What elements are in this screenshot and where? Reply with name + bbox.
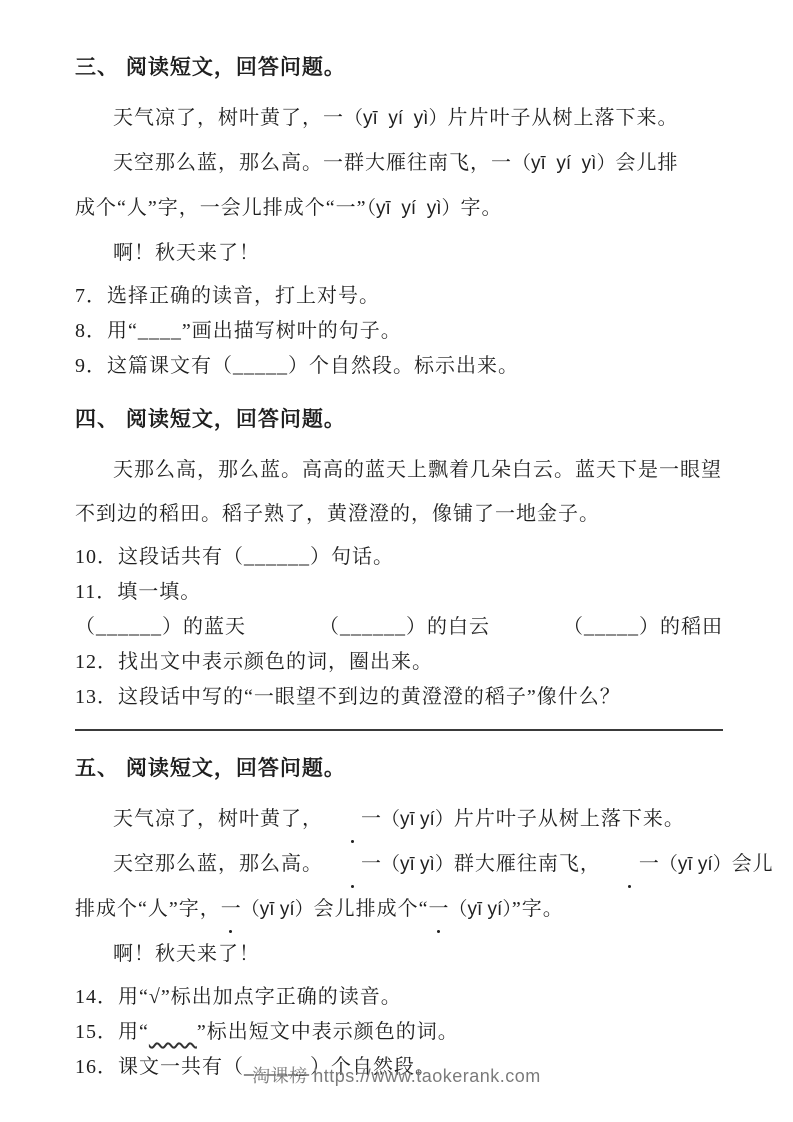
text-run: 14．用“√”标出加点字正确的读音。	[75, 986, 402, 1008]
section-five: 五、 阅读短文，回答问题。 天气凉了，树叶黄了，一（yī yí）片片叶子从树上落…	[75, 755, 745, 1085]
text-run: 8．用“____”画出描写树叶的句子。	[75, 320, 402, 342]
text-run: 成个“人”字，一会儿排成个“一”	[75, 197, 367, 219]
section-four-heading: 四、 阅读短文，回答问题。	[75, 406, 745, 434]
text-run: 片片叶子从树上落下来。	[454, 808, 685, 830]
question-line: 15．用“ ”标出短文中表示颜色的词。	[75, 1015, 745, 1050]
passage-line: 排成个“人”字，一（yī yí）会儿排成个“一（yī yí）”字。	[75, 887, 745, 932]
text-run: 啊！秋天来了！	[113, 242, 260, 264]
pinyin-run: （yī yí）	[659, 854, 732, 875]
text-run: 天气凉了，树叶黄了，一	[113, 107, 344, 129]
section-five-heading: 五、 阅读短文，回答问题。	[75, 755, 745, 783]
passage-line: 不到边的稻田。稻子熟了，黄澄澄的，像铺了一地金子。	[75, 492, 745, 536]
text-run: 不到边的稻田。稻子熟了，黄澄澄的，像铺了一地金子。	[75, 503, 600, 525]
text-run: 9．这篇课文有（_____）个自然段。标示出来。	[75, 355, 519, 377]
passage-line: 天那么高，那么蓝。高高的蓝天上飘着几朵白云。蓝天下是一眼望	[75, 448, 745, 492]
section-five-passage: 天气凉了，树叶黄了，一（yī yí）片片叶子从树上落下来。 天空那么蓝，那么高。…	[75, 797, 745, 976]
section-four: 四、 阅读短文，回答问题。 天那么高，那么蓝。高高的蓝天上飘着几朵白云。蓝天下是…	[75, 406, 745, 731]
text-run: 天空那么蓝，那么高。	[113, 853, 323, 875]
pinyin-run: （yī yì）	[381, 854, 454, 875]
passage-line: 成个“人”字，一会儿排成个“一”（yī yí yì）字。	[75, 186, 745, 231]
text-run: 天气凉了，树叶黄了，	[113, 808, 323, 830]
question-line: 13．这段话中写的“一眼望不到边的黄澄澄的稻子”像什么？	[75, 680, 745, 715]
text-run: 10．这段话共有（______）句话。	[75, 546, 394, 568]
dotted-run: 一	[221, 887, 241, 931]
text-run: ”字。	[512, 898, 564, 920]
pinyin-run: （yī yí）	[449, 899, 512, 920]
question-line: 11．填一填。	[75, 575, 745, 610]
footer-watermark: 淘课榜 https://www.taokerank.com	[0, 1062, 793, 1088]
text-run: 会儿排	[615, 152, 678, 174]
worksheet-page: 三、 阅读短文，回答问题。 天气凉了，树叶黄了，一（yī yí yì）片片叶子从…	[0, 0, 793, 1085]
dotted-run: 一	[601, 842, 659, 886]
pinyin-run: （yī yí）	[381, 809, 454, 830]
pinyin-run: （yī yí yì）	[367, 198, 461, 219]
passage-line: 天空那么蓝，那么高。一（yī yì）群大雁往南飞，一（yī yí）会儿	[75, 842, 745, 887]
question-line: 7．选择正确的读音，打上对号。	[75, 279, 745, 314]
question-line: 12．找出文中表示颜色的词，圈出来。	[75, 645, 745, 680]
text-run: 排成个“人”字，	[75, 898, 221, 920]
text-run: 片片叶子从树上落下来。	[447, 107, 678, 129]
section-three-heading: 三、 阅读短文，回答问题。	[75, 54, 745, 82]
pinyin-run: （yī yí yì）	[344, 108, 447, 129]
dotted-run: 一	[323, 797, 381, 841]
pinyin-run: （yī yí）	[241, 899, 314, 920]
text-run: 13．这段话中写的“一眼望不到边的黄澄澄的稻子”像什么？	[75, 686, 621, 708]
text-run: 7．选择正确的读音，打上对号。	[75, 285, 380, 307]
question-line: 10．这段话共有（______）句话。	[75, 540, 745, 575]
section-three-questions: 7．选择正确的读音，打上对号。 8．用“____”画出描写树叶的句子。 9．这篇…	[75, 279, 745, 384]
text-run: 会儿	[732, 853, 774, 875]
text-run: 群大雁往南飞，	[454, 853, 601, 875]
text-run: 12．找出文中表示颜色的词，圈出来。	[75, 651, 433, 673]
text-run: 字。	[460, 197, 502, 219]
text-run: 啊！秋天来了！	[113, 943, 260, 965]
wavy-run	[149, 1021, 197, 1043]
fill-in-item: （______）的白云	[319, 610, 490, 645]
fill-in-row: （______）的蓝天 （______）的白云 （_____）的稻田	[75, 610, 723, 645]
dotted-run: 一	[323, 842, 381, 886]
section-four-passage: 天那么高，那么蓝。高高的蓝天上飘着几朵白云。蓝天下是一眼望 不到边的稻田。稻子熟…	[75, 448, 745, 536]
pinyin-run: （yī yí yì）	[512, 153, 615, 174]
question-line: 8．用“____”画出描写树叶的句子。	[75, 314, 745, 349]
text-run: 会儿排成个“	[314, 898, 429, 920]
passage-line: 啊！秋天来了！	[75, 231, 745, 275]
fill-in-item: （______）的蓝天	[75, 610, 246, 645]
fill-in-item: （_____）的稻田	[563, 610, 723, 645]
section-three: 三、 阅读短文，回答问题。 天气凉了，树叶黄了，一（yī yí yì）片片叶子从…	[75, 54, 745, 384]
text-run: 15．用“	[75, 1021, 149, 1043]
section-four-questions: 10．这段话共有（______）句话。 11．填一填。 （______）的蓝天 …	[75, 540, 745, 715]
passage-line: 天气凉了，树叶黄了，一（yī yí）片片叶子从树上落下来。	[75, 797, 745, 842]
text-run: ”标出短文中表示颜色的词。	[197, 1021, 459, 1043]
passage-line: 啊！秋天来了！	[75, 932, 745, 976]
answer-writing-line	[75, 729, 723, 731]
passage-line: 天空那么蓝，那么高。一群大雁往南飞，一（yī yí yì）会儿排	[75, 141, 745, 186]
question-line: 14．用“√”标出加点字正确的读音。	[75, 980, 745, 1015]
passage-line: 天气凉了，树叶黄了，一（yī yí yì）片片叶子从树上落下来。	[75, 96, 745, 141]
question-line: 9．这篇课文有（_____）个自然段。标示出来。	[75, 349, 745, 384]
text-run: 天空那么蓝，那么高。一群大雁往南飞，一	[113, 152, 512, 174]
section-three-passage: 天气凉了，树叶黄了，一（yī yí yì）片片叶子从树上落下来。 天空那么蓝，那…	[75, 96, 745, 275]
text-run: 天那么高，那么蓝。高高的蓝天上飘着几朵白云。蓝天下是一眼望	[113, 459, 722, 481]
dotted-run: 一	[429, 887, 449, 931]
text-run: 11．填一填。	[75, 581, 201, 603]
